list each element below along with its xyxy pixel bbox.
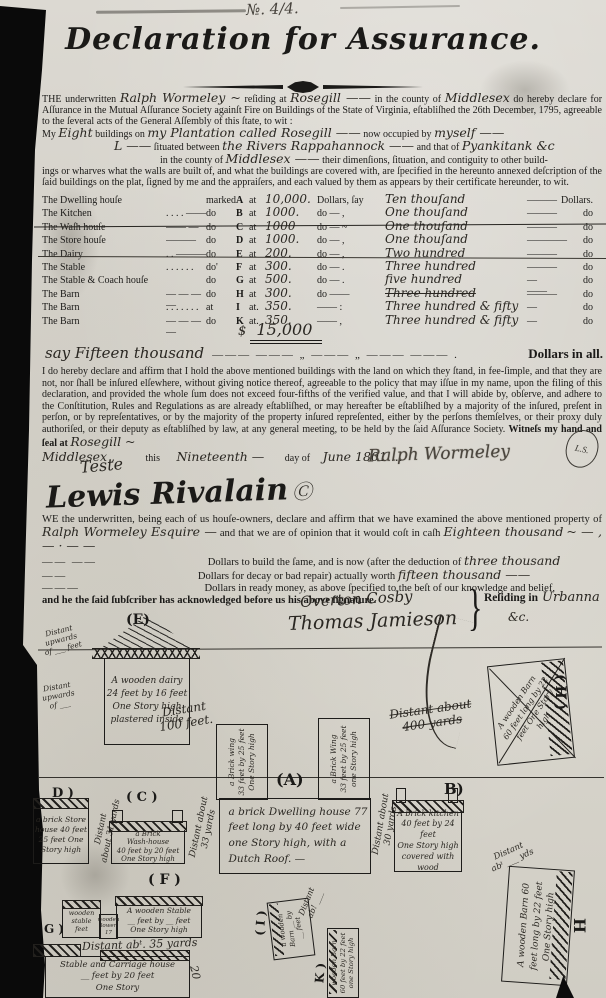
amount-figure: 500. [265,272,317,286]
total-amount: $ 15,000 [238,320,322,339]
dollars-label: do [557,249,593,260]
building-letter: F [236,262,249,273]
building-letter: H [236,289,249,300]
handwritten-deduction: three thousand [464,553,560,568]
building-description: wooden lower 17 [100,915,117,938]
building-description: a brick Store house 40 feet 25 feet One … [34,807,88,863]
building-letter: A [236,195,249,206]
building-label-g: G ) [44,922,64,936]
leader-dashes: ——— [166,235,206,246]
distance-note-k: Distant ab! ___ [297,886,325,920]
dollars-label: do [557,302,593,313]
distance-note: Distant upwards of ___ feet [39,622,82,657]
plat-wing-right: a Brick Wing 33 feet by 25 feet one Stor… [318,718,370,800]
dollars-say-label: —— , [317,316,385,327]
amount-words: five hundred [385,272,527,286]
signature-flourish: Ⓒ [292,479,313,504]
dollars-in-all-label: Dollars in all. [528,346,603,362]
total-figure: 15,000 [250,320,322,344]
building-name: The Kitchen [42,208,166,219]
at-label: at [249,195,265,206]
building-description: a brick Dwelling house 77 feet long by 4… [220,799,370,873]
printed-text: My [42,129,56,140]
amount-figure: 10,000. [265,192,317,206]
dollars-say-label: do — ~ [317,222,385,233]
marked-label: do [206,275,236,286]
plat-annex-stable: wooden stable feet [62,907,101,938]
plat-building-b: A brick kitchen 40 feet by 24 feet One S… [394,811,462,872]
building-description: a Brick Wash-house 40 feet by 20 feet On… [112,830,184,863]
marked-label: do [206,289,236,300]
at-label: at [249,235,265,246]
building-name: The Dwelling houſe [42,195,166,206]
plat-building-k: wooden Barn 60 feet by 22 feet one Story… [327,928,359,998]
witness-signature: Lewis Rivalain Ⓒ [45,471,312,515]
dollars-label: do [557,316,593,327]
building-letter: D [236,235,249,246]
plat-building-a: a brick Dwelling house 77 feet long by 4… [219,798,371,874]
printed-text: THE underwritten [42,94,116,105]
marked-label: do [206,208,236,219]
pencil-scrawl [96,9,246,14]
distance-note-struck: Distant about 400 yards [388,696,474,735]
dollars-label: do [557,262,593,273]
table-row: The Barn. . . . . . .atIat.350.—— :Three… [42,299,602,312]
trailing-dash: ——— [527,222,557,233]
printed-text: their dimenſions, ſituation, and contigu… [322,155,548,166]
handwritten-place: Rosegill ~ [70,434,135,449]
dollars-label: do [557,289,593,300]
printed-text: and that we are of opinion that it would… [220,528,441,539]
amount-words: One thouſand [385,205,527,219]
appraiser-signature-2: Thomas Jamieson [288,607,458,635]
building-letter: C [236,222,249,233]
table-row: The Barn— — — —doHat300.do ——Three hundr… [42,286,602,299]
sum-line: say Fifteen thousand ——— ——— „ ——— „ ———… [45,344,603,362]
building-name: The Barn [42,289,166,300]
handwritten-actual-worth: fifteen thousand —— [398,567,530,582]
dollars-say-label: do — , [317,249,385,260]
handwritten-county2: Middlesex —— [226,151,320,166]
plat-building-g: Stable and Carriage house __ feet by 20 … [45,956,190,998]
building-valuation-table: The Dwelling houſemarkedAat10,000.Dollar… [42,192,602,326]
amount-words: Two hundred [385,246,527,260]
plat-annex-small: wooden lower 17 [99,914,118,939]
building-name: The Barn [42,302,166,313]
trailing-dash: ——— [527,249,557,260]
printed-text: ſituated between [154,142,220,153]
table-row-struck: The Waſh houſe—— —doCat1000do — ~One tho… [42,219,602,232]
building-description: wooden stable feet [63,907,100,937]
handwritten-mark: L —— [114,138,151,153]
marked-label: do [206,316,236,327]
building-description: A wooden Stable __ feet by __ feet One S… [117,904,201,937]
printed-text: ings or wharves what the walls are built… [42,166,602,188]
building-description: A brick kitchen 40 feet by 24 feet One S… [395,811,461,871]
declaration-paragraph: THE underwritten Ralph Wormeley ~ reſidi… [42,92,602,188]
dollars-say-label: do — . [317,275,385,286]
amount-words-struck: Three hundred [385,286,527,300]
amount-figure: 1000 [265,219,317,233]
margin-dash: ——— [42,583,80,594]
dairy-roof [98,614,194,650]
dollars-label: Dollars. [557,195,593,206]
amount-figure: 300. [265,259,317,273]
marked-label: do [206,235,236,246]
marked-label: at [206,302,236,313]
building-letter: E [236,249,249,260]
at-label: at [249,262,265,273]
at-label: at. [249,302,265,313]
marked-label: do' [206,262,236,273]
printed-text: this [146,453,160,464]
amount-figure: 1000. [265,205,317,219]
amount-words: Three hundred & fifty [385,299,527,313]
at-label: at [249,208,265,219]
building-name: The Dairy [42,249,166,260]
printed-text: Dollars for decay or bad repair) actuall… [198,571,395,582]
dimension-note: 20 [187,964,203,980]
amount-words: Three hundred & fifty [385,313,527,327]
at-label: at [249,289,265,300]
leader-dashes: . . ——— [166,249,206,260]
printed-text: reſiding at [245,94,287,105]
at-label: at [249,222,265,233]
handwritten-build-cost: Eighteen thousand [443,524,563,539]
distance-note-a: Distant about 33 yards [185,785,222,871]
teste-label: Teste [79,454,124,477]
plat-wing-left: a Brick wing 33 feet by 25 feet One Stor… [216,724,268,800]
plat-building-h-bottom: A wooden Barn 60 feet long by 22 feet On… [501,866,575,986]
trailing-dash: ——— [527,208,557,219]
printed-text: in the county of [375,94,441,105]
printed-text: day of [285,453,310,464]
building-name: The Waſh houſe [42,222,166,233]
table-row: The Stable & Coach houſedoGat500.do — .f… [42,272,602,285]
building-letter: B [236,208,249,219]
table-row: The Kitchen. . . . ——doBat1000.do — ,One… [42,205,602,218]
building-name: The Stable & Coach houſe [42,275,166,286]
leader-dashes: . . . . . . [166,262,206,273]
amount-figure: 1000. [265,232,317,246]
table-row: The Dwelling houſemarkedAat10,000.Dollar… [42,192,602,205]
margin-dash: —— [42,571,67,582]
handwritten-residence: Rosegill —— [290,90,371,105]
amount-figure: 200. [265,246,317,260]
handwritten-residence-town: Urbanna [542,590,600,605]
dash-fill: ——— ——— „ ——— „ ——— ——— . [212,349,520,361]
plat-building-d: a brick Store house 40 feet 25 feet One … [33,807,89,864]
dollars-say-label: do — . [317,262,385,273]
leader-dashes: —— — [166,222,206,233]
building-letter: G [236,275,249,286]
leader-dashes: — — — — [166,316,206,338]
table-row: The Stable. . . . . .do'Fat300.do — .Thr… [42,259,602,272]
distance-note: Distant upwards of ___ [40,679,77,711]
amount-words: Ten thouſand [385,192,527,206]
plat-building-c: a Brick Wash-house 40 feet by 20 feet On… [111,830,185,864]
trailing-dash: ———— [527,235,557,246]
residing-line: Reſiding in Urbanna [484,588,600,606]
marked-label: marked [206,195,236,206]
dollars-label: do [557,235,593,246]
amount-figure: 300. [265,286,317,300]
dollars-say-label: do —— [317,289,385,300]
trailing-dash: — [527,302,557,313]
printed-text: in the county of [160,155,223,166]
document-title: Declaration for Assurance. [0,22,606,57]
printed-text: and that of [417,142,460,153]
dollars-say-label: Dollars, ſay [317,195,385,206]
dollars-say-label: do — , [317,208,385,219]
trailing-dash: ——— [527,195,557,206]
dollar-sign: $ [238,324,246,339]
residing-label: Reſiding in [484,592,538,604]
marked-label: do [206,222,236,233]
building-label-a: (A) [276,770,304,789]
amount-words: One thouſand [385,219,527,233]
plat-building-f: A wooden Stable __ feet by __ feet One S… [116,904,202,938]
margin-dash: —— —— [42,557,97,568]
building-letter: I [236,302,249,313]
etc-mark: &c. [508,610,529,624]
scanned-declaration-page: №. 4/4. Declaration for Assurance. THE u… [0,0,606,998]
building-name: The Stable [42,262,166,273]
table-row: The Dairy. . ———doEat200.do — ,Two hundr… [42,246,602,259]
handwritten-building-count: Eight [58,125,92,140]
marked-label: do [206,249,236,260]
dollars-say-label: do — , [317,235,385,246]
amount-words: Three hundred [385,259,527,273]
handwritten-insured-name: Ralph Wormeley ~ [120,90,241,105]
trailing-dash: — [527,316,557,327]
building-label-f: ( F ) [148,872,181,888]
document-number: №. 4/4. [246,0,299,19]
trailing-dash: ——— [527,262,557,273]
dollars-label: do [557,222,593,233]
handwritten-owner-name: Ralph Wormeley Esquire — [42,524,217,539]
handwritten-sum-words: say Fifteen thousand [45,344,204,362]
amount-words: One thouſand [385,232,527,246]
handwritten-county: Middlesex [445,90,510,105]
building-description: Stable and Carriage house __ feet by 20 … [46,957,189,997]
building-description: wooden Barn 60 feet by 22 feet one Story… [308,928,378,998]
pencil-scrawl [340,5,460,9]
building-label-h-top: ( H ) [552,674,568,710]
trailing-dash: ——— [527,289,557,300]
plat-building-e: A wooden dairy 24 feet by 16 feet One St… [104,658,190,745]
building-description: a Brick Wing 33 feet by 25 feet one Stor… [304,721,384,797]
at-label: at [249,275,265,286]
building-label-c: ( C ) [126,790,158,805]
handwritten-day: Nineteenth — [176,449,264,464]
table-row: The Store houſe———doDat1000.do — ,One th… [42,232,602,245]
dollars-label: do [557,208,593,219]
dollars-say-label: —— : [317,302,385,313]
leader-dashes: . . . . —— [166,208,206,219]
handwritten-river2: Pyankitank &c [462,138,555,153]
at-label: at [249,249,265,260]
building-name: The Store houſe [42,235,166,246]
leader-dashes: . . . . . . . [166,302,206,313]
building-label-h-bottom: H [570,918,589,933]
building-name: The Barn [42,316,166,327]
dollars-label: do [557,275,593,286]
amount-figure: 350. [265,299,317,313]
affirmation-paragraph: I do hereby declare and affirm that I ho… [42,366,602,465]
